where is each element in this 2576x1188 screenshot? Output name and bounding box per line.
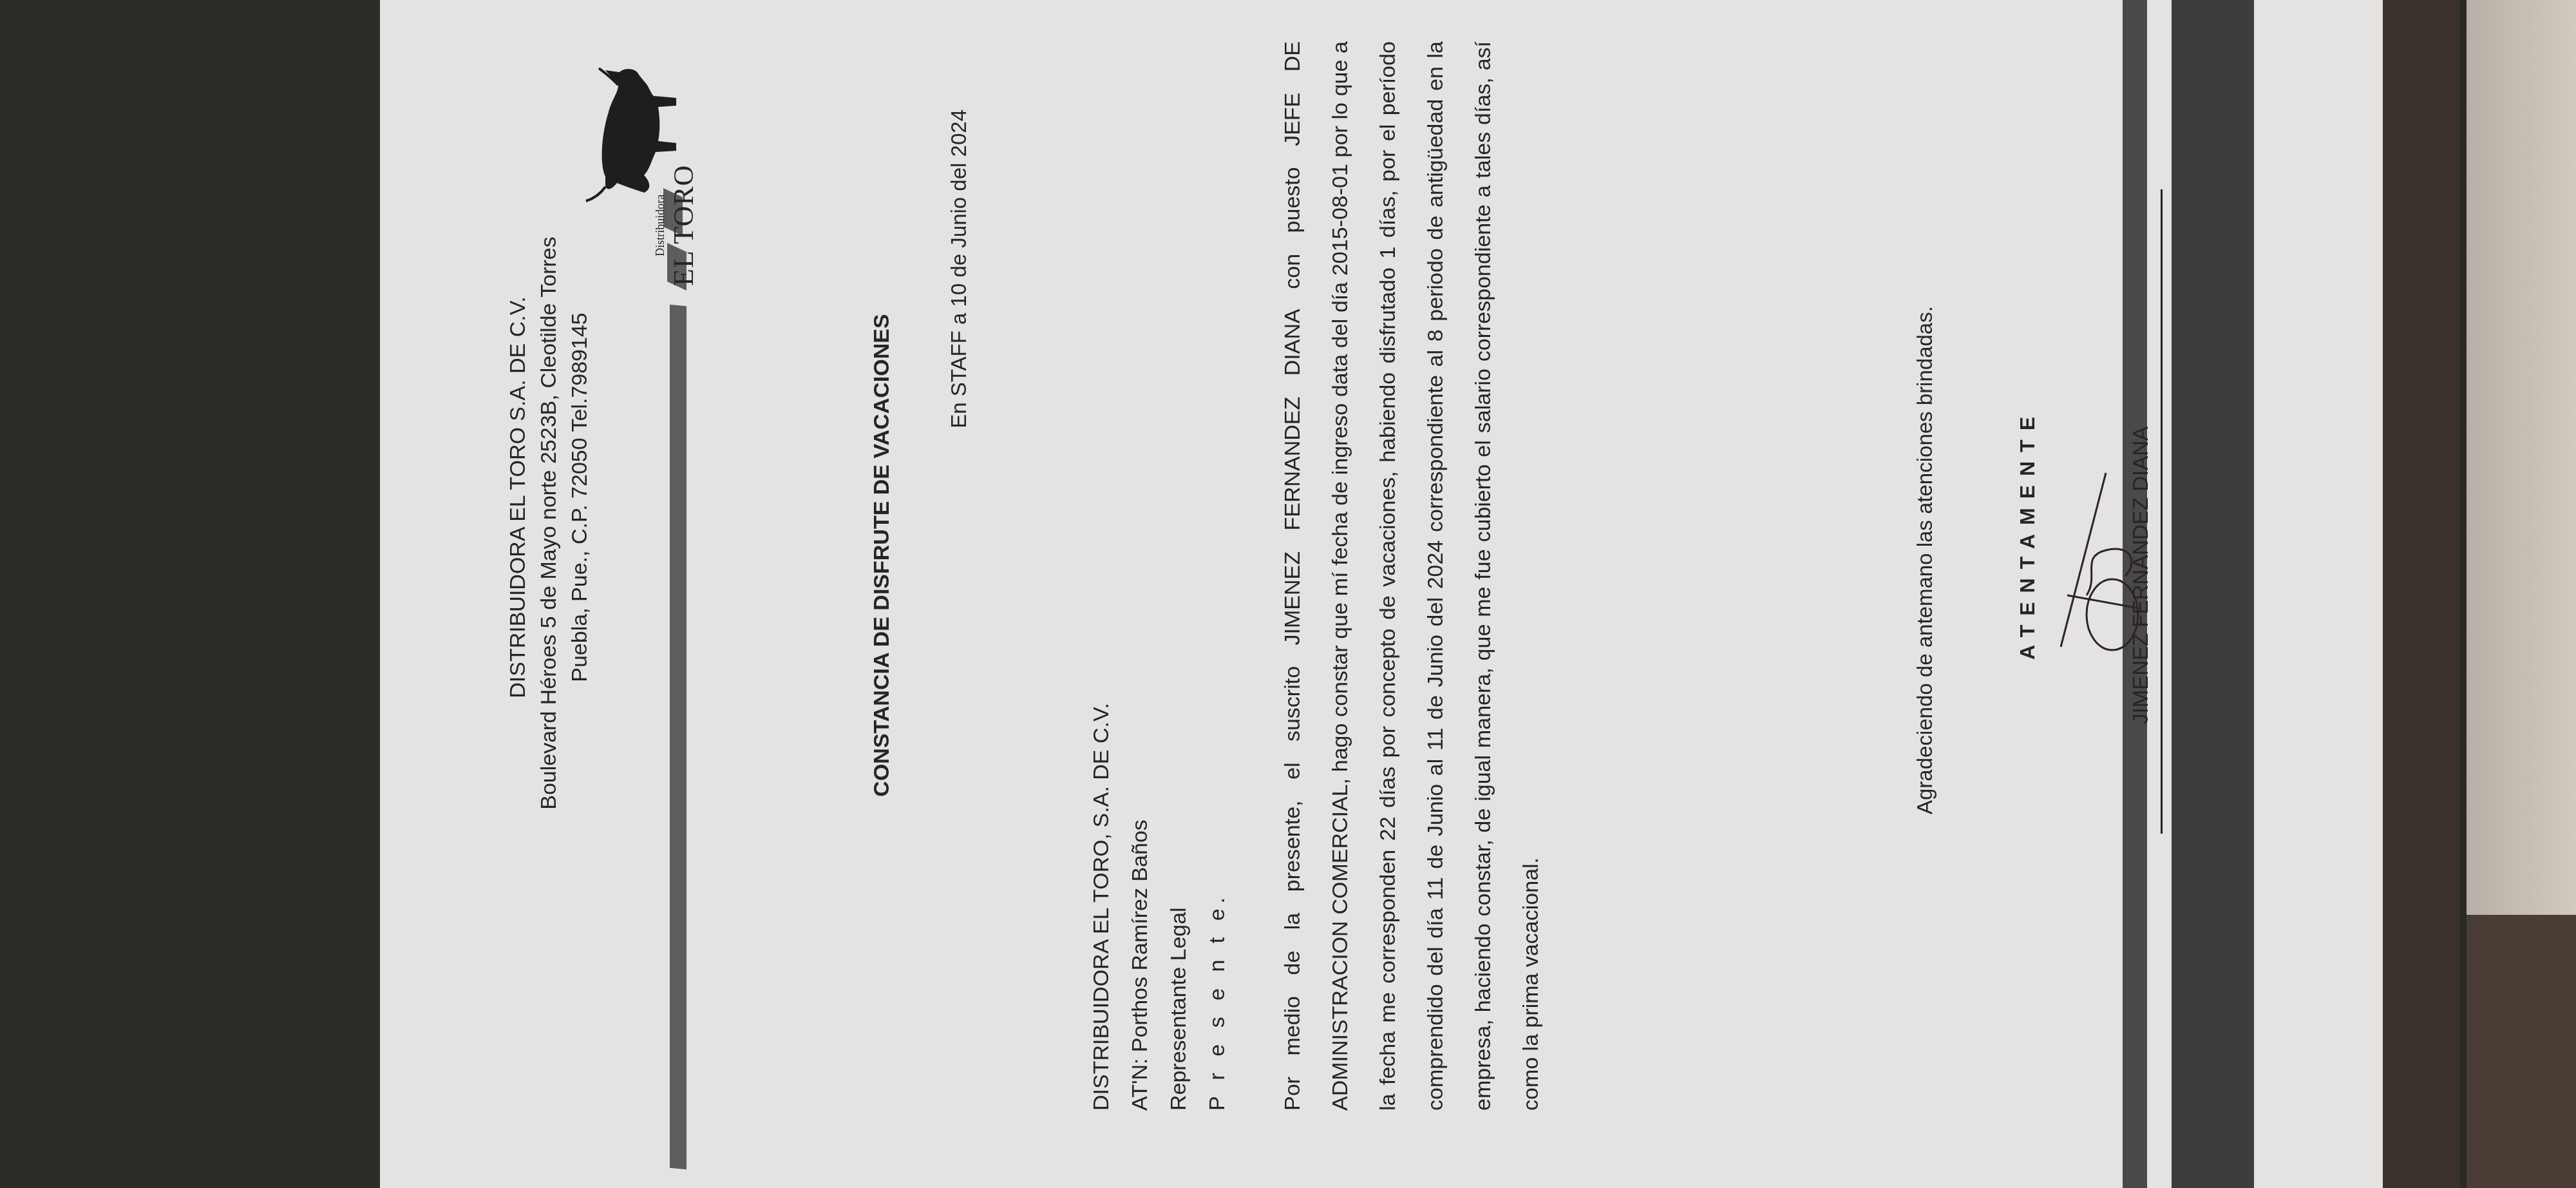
addressee-salutation: P r e s e n t e. — [1198, 703, 1236, 1111]
document-title: CONSTANCIA DE DISFRUTE DE VACACIONES — [869, 0, 895, 1188]
addressee-role: Representante Legal — [1159, 703, 1198, 1111]
vacation-certificate-document: DISTRIBUIDORA EL TORO S.A. DE C.V. Boule… — [380, 0, 2132, 1188]
sign-off: ATENTAMENTE — [2016, 408, 2040, 660]
dark-background-left — [0, 0, 412, 1188]
dark-surface — [2467, 915, 2576, 1188]
dark-background-right — [2383, 0, 2460, 1188]
document-date: En STAFF a 10 de Junio del 2024 — [947, 110, 971, 428]
logo-small-text: Distribuidora — [654, 165, 667, 286]
bull-icon — [580, 54, 721, 325]
addressee-block: DISTRIBUIDORA EL TORO, S.A. DE C.V. AT'N… — [1082, 703, 1236, 1111]
closing-line: Agradeciendo de antemano las atenciones … — [1913, 306, 1937, 814]
brand-logo: Distribuidora EL TORO — [654, 165, 700, 286]
letterhead-company: DISTRIBUIDORA EL TORO S.A. DE C.V. — [502, 0, 533, 995]
page-stripe-wide — [2172, 0, 2254, 1188]
addressee-company: DISTRIBUIDORA EL TORO, S.A. DE C.V. — [1082, 703, 1121, 1111]
logo-brand-text: EL TORO — [667, 165, 700, 286]
wood-surface — [2467, 0, 2576, 915]
decorative-bar-long — [670, 305, 687, 1170]
letterhead-address-line1: Boulevard Héroes 5 de Mayo norte 2523B, … — [533, 0, 564, 1046]
addressee-attention: AT'N: Porthos Ramírez Baños — [1121, 703, 1159, 1111]
body-paragraph: Por medio de la presente, el suscrito JI… — [1269, 41, 1555, 1111]
signer-name: JIMENEZ FERNANDEZ DIANA — [2128, 426, 2153, 724]
signature-line — [2161, 189, 2163, 834]
